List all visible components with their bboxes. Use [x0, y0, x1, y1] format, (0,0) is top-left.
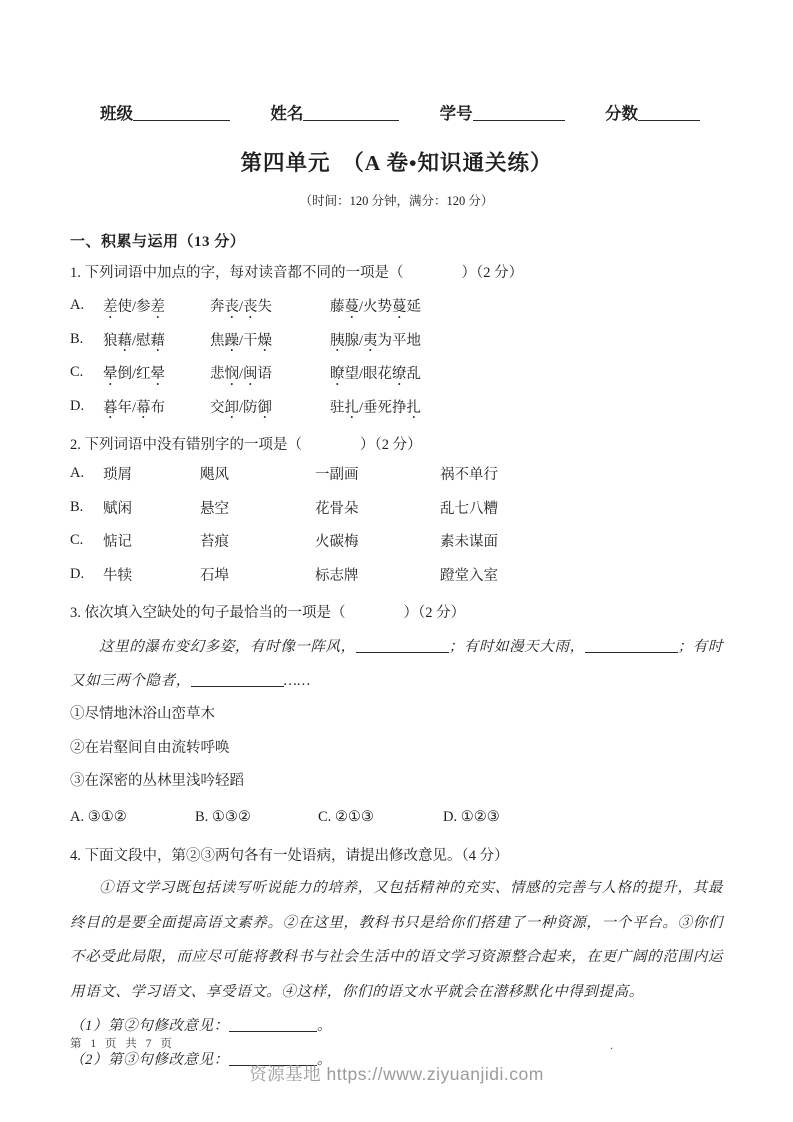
q3-passage: 这里的瀑布变幻多姿，有时像一阵风，；有时如漫天大雨，；有时又如三两个隐者，…… — [70, 631, 723, 698]
word-pair: 驻扎/垂死挣扎 — [330, 396, 723, 417]
option-word: 祸不单行 — [440, 463, 723, 484]
word-pair: 交卸/防御 — [210, 396, 330, 417]
q2-option-row-d: D. 牛犊 石埠 标志牌 蹬堂入室 — [70, 558, 723, 592]
option-word: 苔痕 — [200, 530, 315, 551]
exam-paper-page: 班级 姓名 学号 分数 第四单元 （A 卷•知识通关练） （时间：120 分钟，… — [0, 0, 793, 1122]
option-label: D. — [70, 398, 103, 415]
option-label: A. — [70, 465, 103, 482]
option-label: B. — [70, 331, 103, 348]
q1-option-row-d: D. 暮年/幕布 交卸/防御 驻扎/垂死挣扎 — [70, 390, 723, 424]
option-word: 飓风 — [200, 463, 315, 484]
option-word: 石埠 — [200, 564, 315, 585]
option-label: C. — [70, 532, 103, 549]
score-blank-line — [638, 108, 700, 121]
header-fields-row: 班级 姓名 学号 分数 — [100, 100, 700, 124]
word-pair: 差使/参差 — [103, 295, 210, 316]
option-word: 一副画 — [315, 463, 440, 484]
student-id-field: 学号 — [440, 100, 565, 124]
q3-item-2: ②在岩壑间自由流转呼唤 — [70, 732, 723, 766]
watermark-url: 资源基地 https://www.ziyuanjidi.com — [0, 1061, 793, 1086]
question-4-stem: 4. 下面文段中，第②③两句各有一处语病，请提出修改意见。（4 分） — [70, 846, 723, 866]
section-1-heading: 一、积累与运用（13 分） — [70, 230, 723, 251]
option-word: 标志牌 — [315, 564, 440, 585]
class-field: 班级 — [100, 100, 230, 124]
option-word: 赋闲 — [103, 497, 200, 518]
option-word: 惦记 — [103, 530, 200, 551]
q3-item-3: ③在深密的丛林里浅吟轻蹈 — [70, 765, 723, 799]
q3-option-a: A. ③①② — [70, 809, 195, 826]
q3-option-c: C. ②①③ — [318, 809, 443, 826]
option-word: 素未谋面 — [440, 530, 723, 551]
q1-option-row-a: A. 差使/参差 奔丧/丧失 藤蔓/火势蔓延 — [70, 289, 723, 323]
word-pair: 瞭望/眼花缭乱 — [330, 362, 723, 383]
student-id-label: 学号 — [440, 104, 473, 123]
score-label: 分数 — [605, 104, 638, 123]
word-pair: 暮年/幕布 — [103, 396, 210, 417]
name-field: 姓名 — [270, 100, 399, 124]
option-word: 琐屑 — [103, 463, 200, 484]
q2-option-row-b: B. 赋闲 悬空 花骨朵 乱七八糟 — [70, 491, 723, 525]
option-label: A. — [70, 297, 103, 314]
question-3-stem: 3. 依次填入空缺处的句子最恰当的一项是（ ）（2 分） — [70, 603, 723, 623]
word-pair: 焦躁/干燥 — [210, 329, 330, 350]
q3-option-b: B. ①③② — [195, 809, 318, 826]
page-number: 第 1 页 共 7 页 — [70, 1035, 175, 1051]
student-id-blank-line — [473, 108, 565, 121]
option-word: 悬空 — [200, 497, 315, 518]
word-pair: 狼藉/慰藉 — [103, 329, 210, 350]
q3-option-row: A. ③①② B. ①③② C. ②①③ D. ①②③ — [70, 801, 723, 835]
question-2-stem: 2. 下列词语中没有错别字的一项是（ ）（2 分） — [70, 435, 723, 455]
paper-title: 第四单元 （A 卷•知识通关练） — [70, 146, 723, 177]
blank-line — [191, 674, 284, 687]
q4-passage: ①语文学习既包括读写听说能力的培养，又包括精神的充实、情感的完善与人格的提升，其… — [70, 871, 723, 1009]
word-pair: 胰腺/夷为平地 — [330, 329, 723, 350]
word-pair: 晕倒/红晕 — [103, 362, 210, 383]
q3-option-d: D. ①②③ — [443, 809, 723, 826]
option-label: D. — [70, 566, 103, 583]
option-word: 花骨朵 — [315, 497, 440, 518]
option-label: B. — [70, 499, 103, 516]
option-label: C. — [70, 364, 103, 381]
option-word: 乱七八糟 — [440, 497, 723, 518]
q1-option-row-c: C. 晕倒/红晕 悲悯/闽语 瞭望/眼花缭乱 — [70, 356, 723, 390]
option-word: 蹬堂入室 — [440, 564, 723, 585]
stray-period: . — [610, 1038, 613, 1053]
option-word: 牛犊 — [103, 564, 200, 585]
q3-item-1: ①尽情地沐浴山峦草木 — [70, 698, 723, 732]
q2-option-row-c: C. 惦记 苔痕 火碳梅 素未谋面 — [70, 524, 723, 558]
word-pair: 悲悯/闽语 — [210, 362, 330, 383]
blank-line — [356, 640, 449, 653]
question-1-stem: 1. 下列词语中加点的字，每对读音都不同的一项是（ ）（2 分） — [70, 263, 723, 283]
class-blank-line — [133, 108, 230, 121]
question-2-options: A. 琐屑 飓风 一副画 祸不单行 B. 赋闲 悬空 花骨朵 乱七八糟 C. 惦… — [70, 457, 723, 591]
word-pair: 奔丧/丧失 — [210, 295, 330, 316]
q1-option-row-b: B. 狼藉/慰藉 焦躁/干燥 胰腺/夷为平地 — [70, 323, 723, 357]
page-content: 班级 姓名 学号 分数 第四单元 （A 卷•知识通关练） （时间：120 分钟，… — [70, 0, 723, 1077]
question-1-options: A. 差使/参差 奔丧/丧失 藤蔓/火势蔓延 B. 狼藉/慰藉 焦躁/干燥 胰腺… — [70, 289, 723, 423]
q2-option-row-a: A. 琐屑 飓风 一副画 祸不单行 — [70, 457, 723, 491]
word-pair: 藤蔓/火势蔓延 — [330, 295, 723, 316]
option-word: 火碳梅 — [315, 530, 440, 551]
blank-line — [585, 640, 678, 653]
class-label: 班级 — [100, 104, 133, 123]
time-score-info: （时间：120 分钟，满分：120 分） — [70, 191, 723, 209]
name-label: 姓名 — [270, 104, 303, 123]
blank-line — [229, 1019, 317, 1032]
score-field: 分数 — [605, 100, 700, 124]
name-blank-line — [303, 108, 399, 121]
